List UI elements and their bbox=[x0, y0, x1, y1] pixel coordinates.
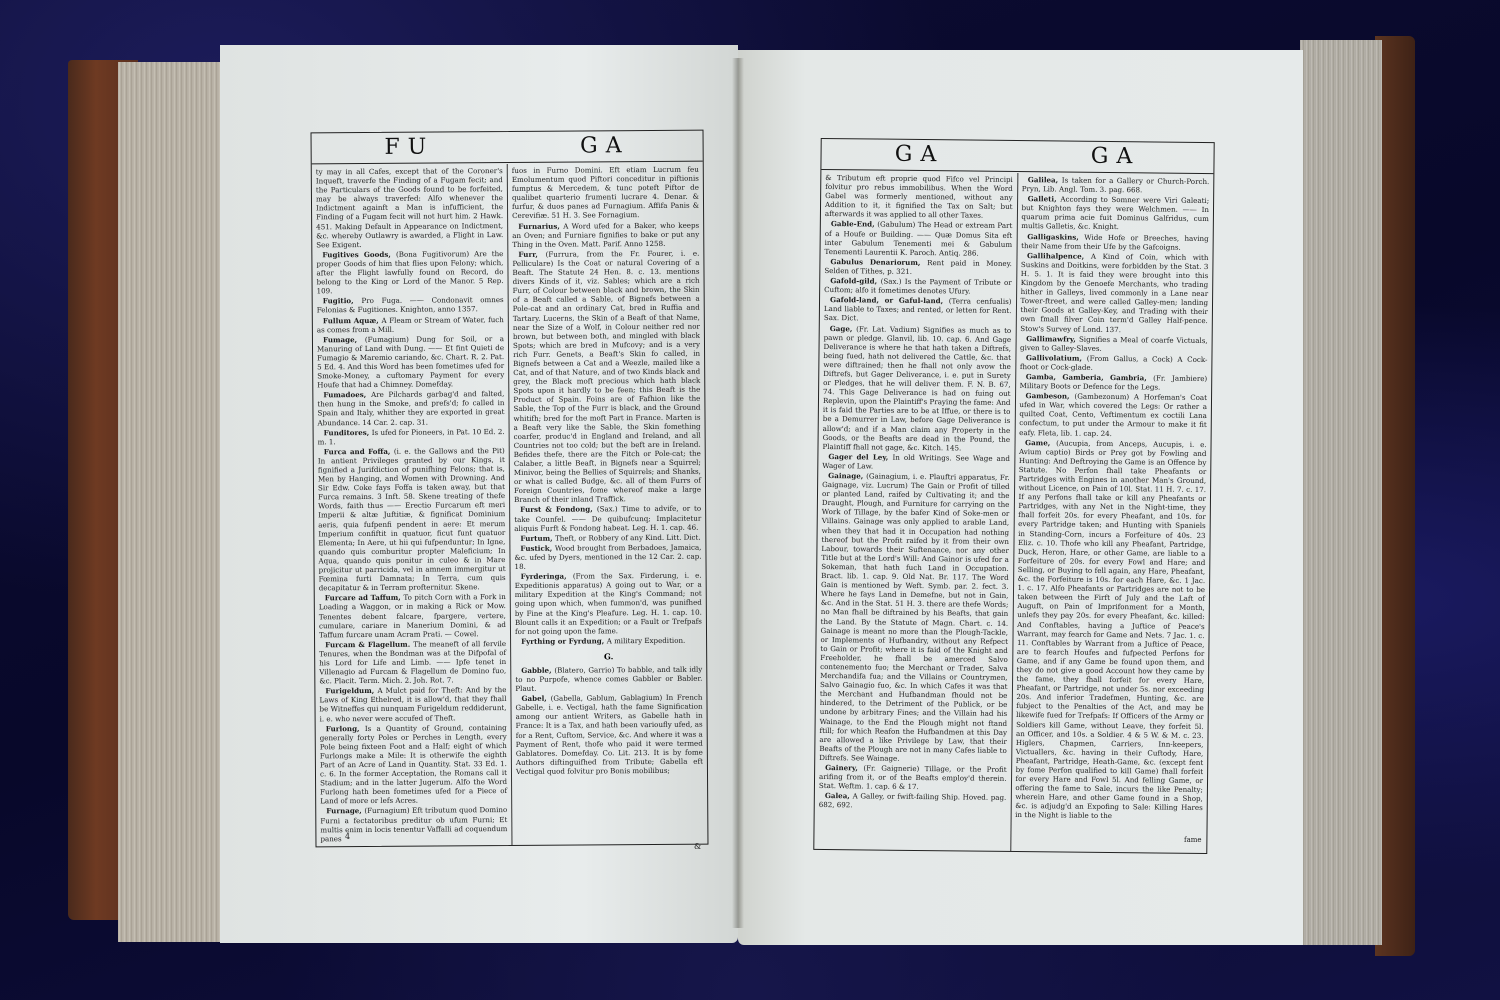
entry-headword: Fugitio, bbox=[323, 296, 362, 305]
entry-definition: A military Expedition. bbox=[607, 636, 686, 646]
dictionary-entry: Gafold-gild, (Sax.) Is the Payment of Tr… bbox=[824, 276, 1012, 296]
entry-headword: Funditores, bbox=[324, 428, 372, 437]
dictionary-entry: Gamba, Gamberia, Gambria, (Fr. Jambiere)… bbox=[1020, 372, 1208, 392]
entry-headword: Gabel, bbox=[521, 694, 550, 703]
entry-headword: Fullum Aquæ, bbox=[323, 315, 382, 324]
entry-headword: Galleti, bbox=[1028, 194, 1061, 203]
dictionary-entry: Funditores, Is ufed for Pioneers, in Pat… bbox=[318, 427, 505, 446]
dictionary-entry: Galligaskins, Wide Hofe or Breeches, hav… bbox=[1021, 232, 1209, 252]
entry-headword: Gainage, bbox=[828, 471, 866, 480]
dictionary-entry: Fustick, Wood brought from Berbadoes, Ja… bbox=[514, 543, 701, 572]
entry-definition: (Aucupia, from Anceps, Aucupis, i. e. Av… bbox=[1015, 438, 1207, 820]
book-gutter bbox=[732, 58, 744, 928]
dictionary-entry: Gable-End, (Gabulum) The Head or extream… bbox=[825, 219, 1013, 257]
entry-headword: Galilea, bbox=[1028, 175, 1062, 184]
entry-definition: (From the Sax. Firderung, i. e. Expediti… bbox=[515, 571, 702, 636]
entry-headword: Furcare ad Taffum, bbox=[325, 593, 404, 603]
entry-headword: Furigeldum, bbox=[325, 686, 377, 695]
entry-headword: Gable-End, bbox=[831, 220, 877, 229]
entry-headword: Galligaskins, bbox=[1027, 232, 1084, 242]
catchword-right: fame bbox=[1184, 836, 1202, 844]
entry-headword: Furlong, bbox=[326, 724, 365, 733]
entry-headword: Fumadoes, bbox=[323, 390, 371, 399]
entry-headword: Furtum, bbox=[520, 533, 555, 542]
dictionary-entry: Furca and Foffa, (i. e. the Gallows and … bbox=[318, 446, 506, 593]
dictionary-entry: Furtum, Theft, or Robbery of any Kind. L… bbox=[514, 532, 701, 542]
dictionary-entry: ty may in all Cafes, except that of the … bbox=[316, 166, 504, 249]
dictionary-entry: Gainage, (Gainagium, i. e. Plauftri appa… bbox=[819, 471, 1010, 764]
running-head-left-col: GA bbox=[821, 139, 1017, 171]
dictionary-entry: Gager del Ley, In old Writings. See Wage… bbox=[822, 452, 1010, 472]
entry-headword: Fustick, bbox=[520, 544, 554, 553]
entry-definition: fuos in Furno Domini. Eft etiam Lucrum f… bbox=[512, 165, 699, 221]
running-head-left-col: FU bbox=[312, 132, 508, 163]
entry-headword: Furst & Fondong, bbox=[520, 505, 597, 515]
dictionary-entry: Game, (Aucupia, from Anceps, Aucupis, i.… bbox=[1015, 438, 1206, 822]
dictionary-entry: Fyrthing or Fyrdung, A military Expediti… bbox=[515, 635, 702, 645]
entry-headword: Gafold-gild, bbox=[830, 276, 880, 286]
dictionary-entry: Fumadoes, Are Pilchards garbag'd and fal… bbox=[317, 389, 504, 427]
entry-headword: Fumage, bbox=[323, 335, 365, 344]
dictionary-entry: Gallivolatium, (From Gallus, a Cock) A C… bbox=[1020, 353, 1208, 373]
entry-headword: Fyrthing or Fyrdung, bbox=[521, 636, 607, 646]
dictionary-entry: Gambeson, (Gambezonum) A Horfeman's Coat… bbox=[1019, 391, 1207, 438]
entry-headword: Game, bbox=[1025, 438, 1056, 447]
entry-definition: (i. e. the Gallows and the Pit) In antie… bbox=[318, 446, 506, 593]
dictionary-entry: Furnarius, A Word ufed for a Baker, who … bbox=[512, 220, 699, 249]
entry-headword: Fugitives Goods, bbox=[322, 250, 396, 260]
dictionary-entry: Furigeldum, A Mulct paid for Theft: And … bbox=[319, 685, 506, 723]
dictionary-entry: Gallihalpence, A Kind of Coin, which wit… bbox=[1020, 251, 1208, 335]
dictionary-entry: Furst & Fondong, (Sax.) Time to advife, … bbox=[514, 504, 701, 533]
page-edges-right bbox=[1300, 40, 1382, 945]
dictionary-entry: Galea, A Galley, or fwift-failing Ship. … bbox=[819, 791, 1007, 811]
entry-definition: (Gabella, Gablum, Gablagium) In French G… bbox=[515, 693, 702, 776]
entry-headword: Gallivolatium, bbox=[1026, 353, 1087, 363]
dictionary-entry: Furr, (Furrura, from the Fr. Fourer, i. … bbox=[512, 249, 701, 505]
dictionary-entry: Fyrderinga, (From the Sax. Firderung, i.… bbox=[515, 571, 702, 636]
catchword-left: & bbox=[694, 842, 701, 851]
dictionary-entry: Gabble, (Blatero, Garrio) To babble, and… bbox=[515, 665, 702, 694]
dictionary-entry: Furcare ad Taffum, To pitch Corn with a … bbox=[319, 592, 506, 639]
running-head-right-col: GA bbox=[1017, 141, 1213, 173]
dictionary-entry: Fumage, (Fumagium) Dung for Soil, or a M… bbox=[317, 334, 504, 390]
section-letter: G. bbox=[515, 651, 702, 662]
entry-headword: Gage, bbox=[830, 324, 856, 333]
left-page-column-2: fuos in Furno Domini. Eft etiam Lucrum f… bbox=[507, 163, 708, 845]
dictionary-entry: Gafold-land, or Gaful-land, (Terra cenfu… bbox=[824, 295, 1012, 324]
entry-definition: (Fr. Lat. Vadium) Signifies as much as t… bbox=[822, 324, 1011, 452]
dictionary-entry: Fugitives Goods, (Bona Fugitivorum) Are … bbox=[316, 249, 503, 296]
dictionary-entry: Gabel, (Gabella, Gablum, Gablagium) In F… bbox=[515, 693, 703, 776]
dictionary-entry: Galilea, Is taken for a Gallery or Churc… bbox=[1022, 175, 1210, 195]
dictionary-entry: Furcam & Flagellum. The meaneft of all f… bbox=[319, 639, 506, 686]
entry-headword: Furnage, bbox=[326, 806, 364, 815]
entry-definition: A Kind of Coin, which with Suskins and D… bbox=[1020, 252, 1208, 334]
left-page-text-frame: FU GA ty may in all Cafes, except that o… bbox=[311, 130, 709, 848]
dictionary-entry: Furlong, Is a Quantity of Ground, contai… bbox=[320, 723, 508, 806]
entry-definition: Theft, or Robbery of any Kind. Litt. Dic… bbox=[555, 532, 701, 542]
entry-headword: Gambeson, bbox=[1026, 391, 1075, 401]
right-page-column-1: & Tributum eft proprie quod Fifco vel Pr… bbox=[814, 171, 1017, 851]
entry-headword: Galea, bbox=[825, 791, 853, 800]
page-number: 4 bbox=[345, 832, 350, 841]
entry-headword: Furr, bbox=[518, 250, 545, 259]
dictionary-entry: fuos in Furno Domini. Eft etiam Lucrum f… bbox=[512, 165, 699, 221]
dictionary-entry: & Tributum eft proprie quod Fifco vel Pr… bbox=[825, 173, 1013, 220]
entry-headword: Fyrderinga, bbox=[521, 572, 573, 581]
entry-definition: & Tributum eft proprie quod Fifco vel Pr… bbox=[825, 173, 1013, 220]
entry-definition: (Gainagium, i. e. Plauftri apparatus, Fr… bbox=[819, 471, 1010, 762]
dictionary-entry: Gallimawfry, Signifies a Meal of coarfe … bbox=[1020, 334, 1208, 354]
entry-headword: Gabble, bbox=[521, 666, 554, 675]
entry-headword: Gallimawfry, bbox=[1026, 334, 1079, 344]
left-running-head: FU GA bbox=[312, 131, 703, 165]
dictionary-entry: Gainery, (Fr. Gaignerie) Tillage, or the… bbox=[819, 763, 1007, 792]
entry-headword: Gainery, bbox=[825, 763, 863, 772]
right-page-text-frame: GA GA & Tributum eft proprie quod Fifco … bbox=[813, 138, 1214, 854]
dictionary-entry: Gage, (Fr. Lat. Vadium) Signifies as muc… bbox=[822, 323, 1011, 452]
right-running-head: GA GA bbox=[821, 139, 1213, 174]
page-edges-left bbox=[118, 62, 222, 942]
entry-headword: Furnarius, bbox=[518, 221, 563, 230]
entry-definition: ty may in all Cafes, except that of the … bbox=[316, 166, 504, 249]
dictionary-entry: Gabulus Denariorum, Rent paid in Money. … bbox=[824, 257, 1012, 277]
dictionary-entry: Fullum Aquæ, A Fleam or Stream of Water,… bbox=[317, 315, 504, 334]
entry-headword: Furcam & Flagellum. bbox=[325, 639, 413, 649]
dictionary-entry: Fugitio, Pro Fuga. —— Condonavit omnes F… bbox=[317, 295, 504, 314]
dictionary-entry: Galleti, According to Somner were Viri G… bbox=[1021, 194, 1209, 232]
entry-definition: Is a Quantity of Ground, containing gene… bbox=[320, 723, 507, 806]
left-page-column-1: ty may in all Cafes, except that of the … bbox=[312, 164, 512, 846]
entry-headword: Furca and Foffa, bbox=[324, 447, 394, 456]
running-head-right-col: GA bbox=[507, 131, 703, 162]
entry-definition: (Furrura, from the Fr. Fourer, i. e. Pel… bbox=[512, 249, 701, 505]
right-page-column-2: Galilea, Is taken for a Gallery or Churc… bbox=[1010, 173, 1214, 853]
